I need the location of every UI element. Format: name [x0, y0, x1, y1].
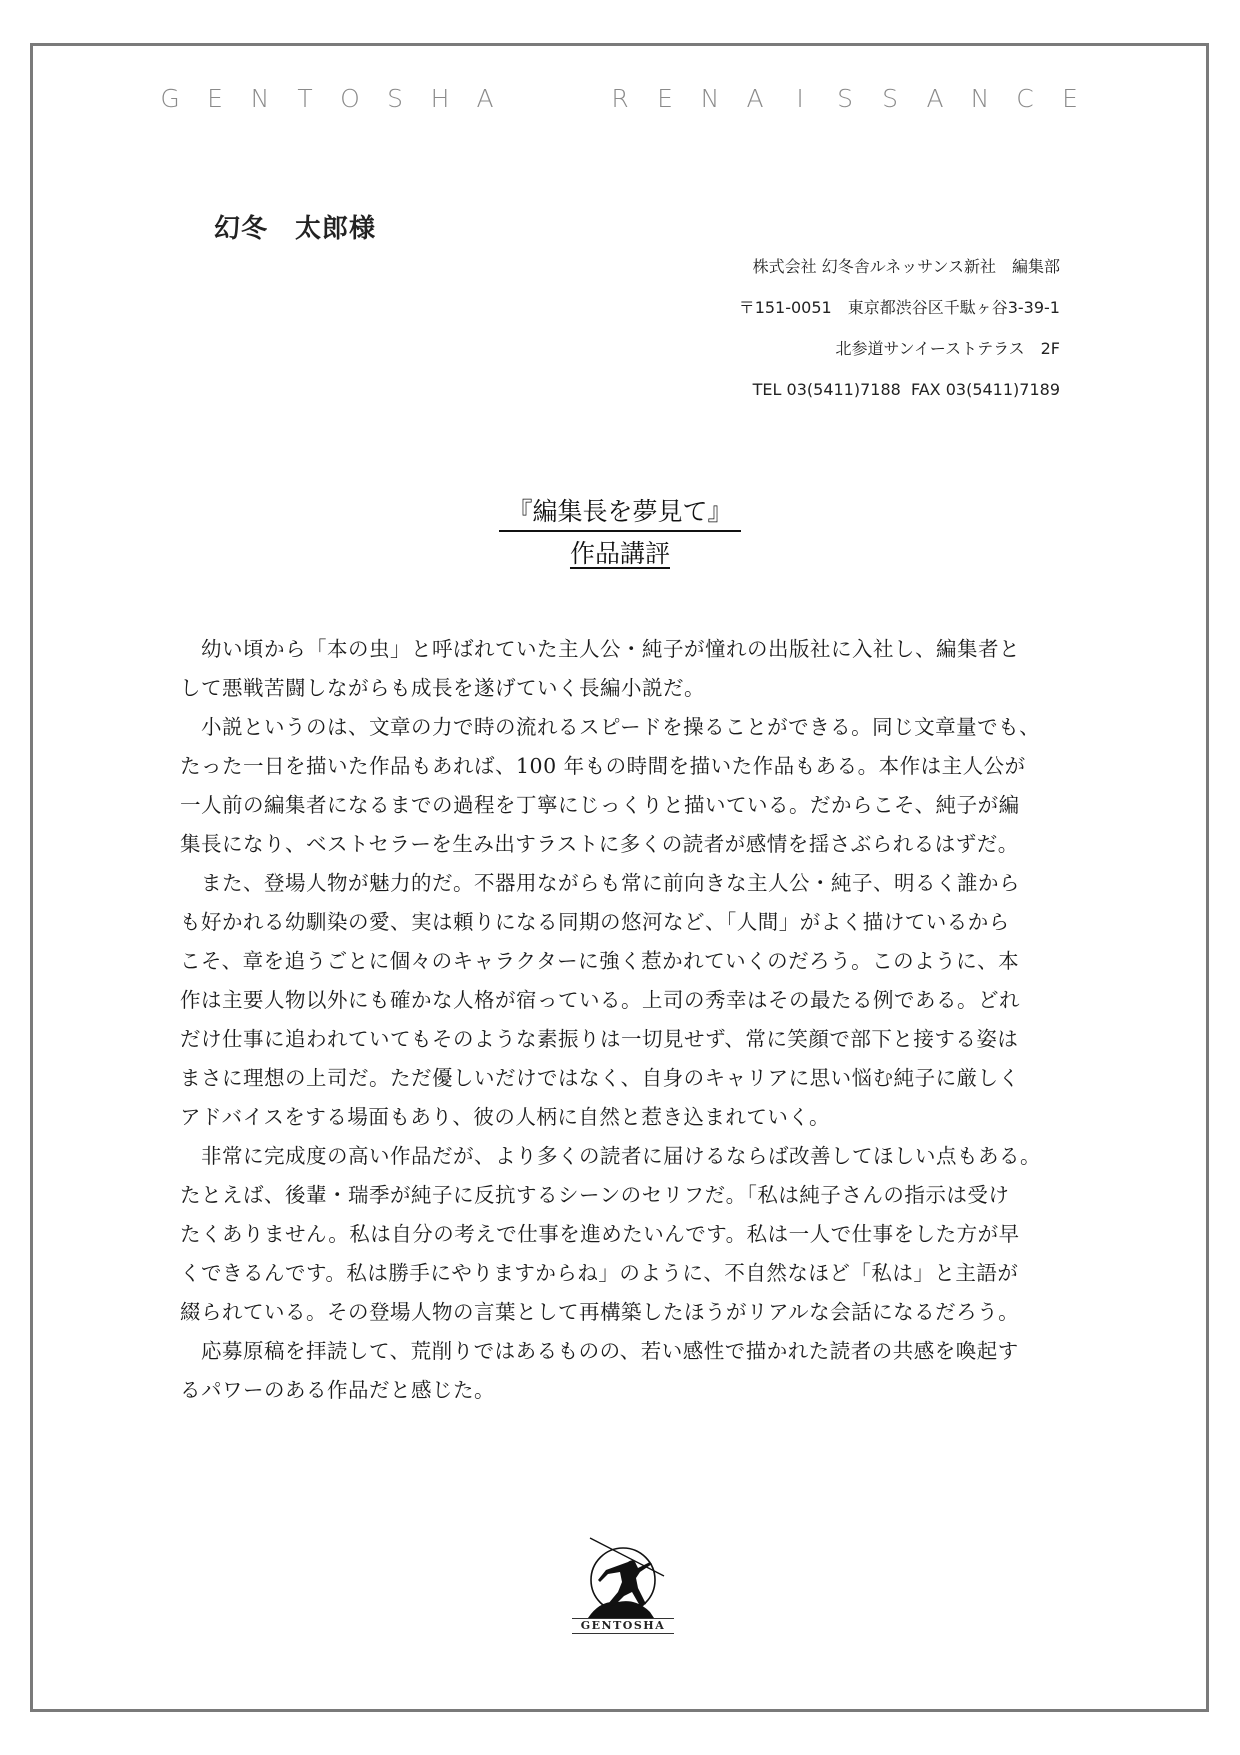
body-line: たくありません。私は自分の考えで仕事を進めたいんです。私は一人で仕事をした方が早	[180, 1215, 1070, 1254]
body-line: 応募原稿を拝読して、荒削りではあるものの、若い感性で描かれた読者の共感を喚起す	[180, 1332, 1070, 1371]
brand-letter: N	[250, 84, 270, 113]
body-line: たった一日を描いた作品もあれば、100 年もの時間を描いた作品もある。本作は主人…	[180, 747, 1070, 786]
brand-letter: G	[160, 84, 180, 113]
body-line: 一人前の編集者になるまでの過程を丁寧にじっくりと描いている。だからこそ、純子が編	[180, 786, 1070, 825]
body-line: 幼い頃から「本の虫」と呼ばれていた主人公・純子が憧れの出版社に入社し、編集者と	[180, 630, 1070, 669]
brand-letter: A	[745, 84, 765, 113]
document-subtitle: 作品講評	[570, 538, 670, 570]
body-line: だけ仕事に追われていてもそのような素振りは一切見せず、常に笑顔で部下と接する姿は	[180, 1020, 1070, 1059]
body-line: たとえば、後輩・瑞季が純子に反抗するシーンのセリフだ。「私は純子さんの指示は受け	[180, 1176, 1070, 1215]
brand-letter: A	[475, 84, 495, 113]
review-body: 幼い頃から「本の虫」と呼ばれていた主人公・純子が憧れの出版社に入社し、編集者と …	[180, 630, 1070, 1410]
sender-company: 株式会社 幻冬舎ルネッサンス新社 編集部	[739, 255, 1060, 296]
body-line: るパワーのある作品だと感じた。	[180, 1371, 1070, 1410]
brand-letter: R	[610, 84, 630, 113]
body-line: アドバイスをする場面もあり、彼の人柄に自然と惹き込まれていく。	[180, 1098, 1070, 1137]
body-line: また、登場人物が魅力的だ。不器用ながらも常に前向きな主人公・純子、明るく誰から	[180, 864, 1070, 903]
body-line: も好かれる幼馴染の愛、実は頼りになる同期の悠河など、「人間」がよく描けているから	[180, 903, 1070, 942]
brand-letter: N	[970, 84, 990, 113]
sender-block: 株式会社 幻冬舎ルネッサンス新社 編集部 〒151-0051 東京都渋谷区千駄ヶ…	[739, 255, 1060, 419]
brand-spacer	[520, 84, 540, 113]
brand-letter: S	[385, 84, 405, 113]
body-line: して悪戦苦闘しながらも成長を遂げていく長編小説だ。	[180, 669, 1070, 708]
body-line: 集長になり、ベストセラーを生み出すラストに多くの読者が感情を揺さぶられるはずだ。	[180, 825, 1070, 864]
body-line: 作は主要人物以外にも確かな人格が宿っている。上司の秀幸はその最たる例である。どれ	[180, 981, 1070, 1020]
work-title: 『編集長を夢見て』	[499, 496, 740, 532]
brand-letter: E	[655, 84, 675, 113]
brand-letter: C	[1015, 84, 1035, 113]
brand-spacer	[565, 84, 585, 113]
brand-letter: E	[1060, 84, 1080, 113]
brand-letter: E	[205, 84, 225, 113]
brand-header: G E N T O S H A R E N A I S S A N C E	[160, 84, 1080, 113]
sender-contact: TEL 03(5411)7188 FAX 03(5411)7189	[739, 378, 1060, 419]
brand-letter: S	[880, 84, 900, 113]
body-line: こそ、章を追うごとに個々のキャラクターに強く惹かれていくのだろう。このように、本	[180, 942, 1070, 981]
body-line: 綴られている。その登場人物の言葉として再構築したほうがリアルな会話になるだろう。	[180, 1293, 1070, 1332]
brand-letter: S	[835, 84, 855, 113]
brand-letter: T	[295, 84, 315, 113]
body-line: 小説というのは、文章の力で時の流れるスピードを操ることができる。同じ文章量でも、	[180, 708, 1070, 747]
body-line: 非常に完成度の高い作品だが、より多くの読者に届けるならば改善してほしい点もある。	[180, 1137, 1070, 1176]
body-line: まさに理想の上司だ。ただ優しいだけではなく、自身のキャリアに思い悩む純子に厳しく	[180, 1059, 1070, 1098]
brand-letter: N	[700, 84, 720, 113]
body-line: くできるんです。私は勝手にやりますからね」のように、不自然なほど「私は」と主語が	[180, 1254, 1070, 1293]
recipient-name: 幻冬 太郎様	[214, 208, 376, 245]
brand-letter: H	[430, 84, 450, 113]
logo-wordmark: GENTOSHA	[572, 1618, 674, 1634]
sender-address-2: 北参道サンイーストテラス 2F	[739, 337, 1060, 378]
title-block: 『編集長を夢見て』 作品講評	[0, 496, 1240, 570]
brand-letter: A	[925, 84, 945, 113]
brand-letter: O	[340, 84, 360, 113]
brand-letter: I	[790, 84, 810, 113]
sender-address-1: 〒151-0051 東京都渋谷区千駄ヶ谷3-39-1	[739, 296, 1060, 337]
